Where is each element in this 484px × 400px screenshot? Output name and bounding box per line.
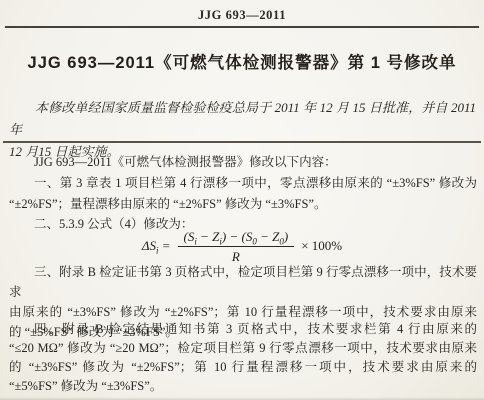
formula-denominator: R [232,247,240,264]
text-line: 一、第 3 章表 1 项目栏第 4 行漂移一项中，零点漂移由原来的 “±3%FS… [9,173,477,194]
formula-fraction: (Si − Zi) − (S0 − Z0) R [178,229,295,264]
text-line: 由原来的 “±3%FS” 修改为 “±2%FS”；第 10 行量程漂移一项中，技… [9,302,477,322]
item-1-paragraph: 一、第 3 章表 1 项目栏第 4 行漂移一项中，零点漂移由原来的 “±3%FS… [9,173,477,214]
text-line: “±5%FS” 修改为 “±3%FS”。 [9,377,477,396]
page-title: JJG 693—2011《可燃气体检测报警器》第 1 号修改单 [0,49,484,73]
formula-multiplier: × 100% [301,238,342,254]
text-line: “±2%FS”；量程漂移由原来的 “±2%FS” 修改为 “±3%FS”。 [9,194,477,215]
formula-lhs: ΔSi = [142,238,171,254]
item-4-paragraph: 四、附录 B 检定结果通知书第 3 页格式中，技术要求栏第 4 行由原来的 “≤… [9,320,477,396]
text-line: JJG 693—2011《可燃气体检测报警器》修改以下内容： [9,152,477,172]
header-rule [5,26,479,28]
document-page: JJG 693—2011 JJG 693—2011《可燃气体检测报警器》第 1 … [0,0,484,400]
text-line: 的 “±3%FS” 修改为 “±2%FS”；第 10 行量程漂移一项中，技术要求… [9,358,477,377]
text-line: “≤20 MΩ” 修改为 “≥20 MΩ”；检定项目栏第 9 行零点漂移一项中，… [9,339,477,358]
text-line: 三、附录 B 检定证书第 3 页格式中，检定项目栏第 9 行零点漂移一项中，技术… [9,262,477,302]
text-line: 本修改单经国家质量监督检验检疫总局于 2011 年 12 月 15 日批准，并自… [9,97,476,141]
running-header: JJG 693—2011 [0,8,484,23]
intro-paragraph: JJG 693—2011《可燃气体检测报警器》修改以下内容： [9,152,477,172]
section-rule [3,141,481,143]
text-line: 四、附录 B 检定结果通知书第 3 页格式中，技术要求栏第 4 行由原来的 [9,320,477,339]
formula-numerator: (Si − Zi) − (S0 − Z0) [178,229,295,247]
formula-4: ΔSi = (Si − Zi) − (S0 − Z0) R × 100% [0,228,484,264]
